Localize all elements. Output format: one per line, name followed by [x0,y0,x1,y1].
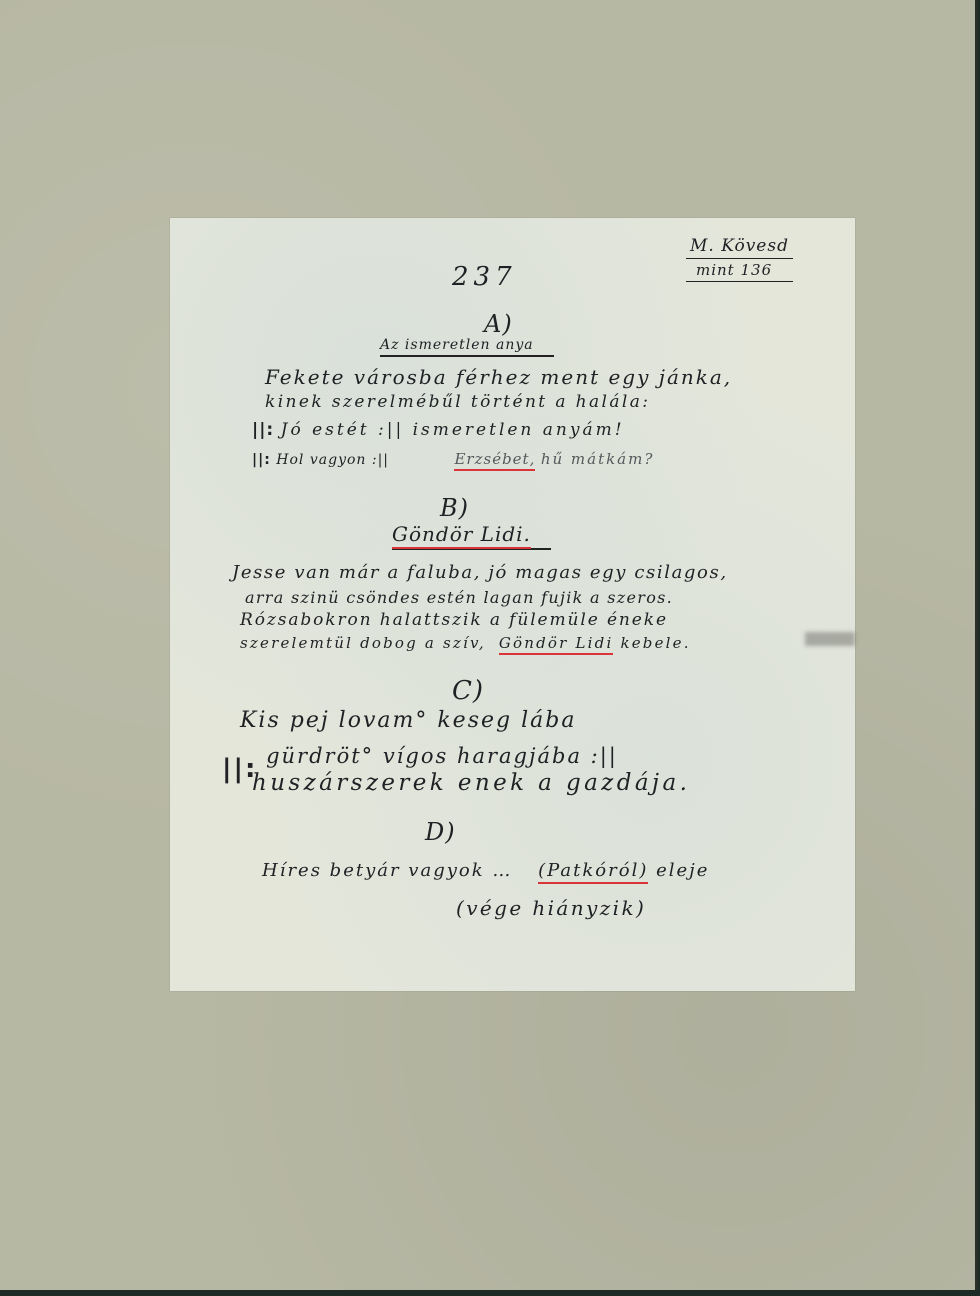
song-b-title-text: Göndör Lidi. [392,522,531,549]
song-d-line-2: (vége hiányzik) [456,896,646,920]
song-a-line-4: ||: Hol vagyon :|| Erzsébet, hű mátkám? [252,450,654,468]
repeat-start-mark: ||: [252,452,271,468]
song-a-title: Az ismeretlen anya [380,337,554,357]
song-b-underlined-name: Göndör Lidi [499,634,614,655]
song-a-underlined-name: Erzsébet, [454,450,535,471]
song-a-line-1: Fekete városba férhez ment egy jánka, [265,365,732,389]
song-b-title: Göndör Lidi. [392,522,551,550]
song-b-line-2: arra szinü csöndes estén lagan fujik a s… [245,588,673,607]
song-b-line-4-text: szerelemtül dobog a szív, [240,634,486,652]
song-a-line-2: kinek szerelmébűl történt a halála: [265,392,650,412]
song-b-line-4: szerelemtül dobog a szív, Göndör Lidi ke… [240,634,691,652]
song-c-line-2-text: gürdröt° vígos haragjába :|| [266,744,618,768]
song-d-line-1-start: Híres betyár vagyok … [262,860,512,881]
song-d-label: D) [425,818,456,846]
song-b-line-4-rest: kebele. [620,634,690,652]
song-c-line-3: huszárszerek enek a gazdája. [252,770,690,796]
song-a-line-4-text: Hol vagyon :|| [276,452,389,468]
song-a-line-3: ||: Jó estét :|| ismeretlen anyám! [252,420,625,440]
song-a-label: A) [484,310,513,338]
song-d-underlined-title: (Patkóról) [538,860,648,884]
song-a-line-4-rest: hű mátkám? [541,450,655,468]
song-c-line-2: ||: gürdröt° vígos haragjába :|| [222,740,618,770]
song-b-label: B) [440,494,469,522]
song-c-line-1: Kis pej lovam° keseg lába [240,708,576,733]
song-d-line-1-end: eleje [656,860,709,881]
repeat-start-mark: ||: [252,420,274,440]
song-c-label: C) [452,676,484,706]
song-b-line-1: Jesse van már a faluba, jó magas egy csi… [232,562,728,583]
song-b-line-3: Rózsabokron halattszik a fülemüle éneke [240,610,668,630]
song-d-line-1: Híres betyár vagyok … (Patkóról) eleje [262,860,709,881]
location-note: M. Kövesd mint 136 [686,236,793,282]
page-number: 237 [452,262,517,292]
ink-smudge [805,632,855,646]
location-note-line2: mint 136 [686,259,793,282]
song-a-line-3-text: Jó estét :|| ismeretlen anyám! [281,420,625,440]
location-note-line1: M. Kövesd [686,236,793,259]
